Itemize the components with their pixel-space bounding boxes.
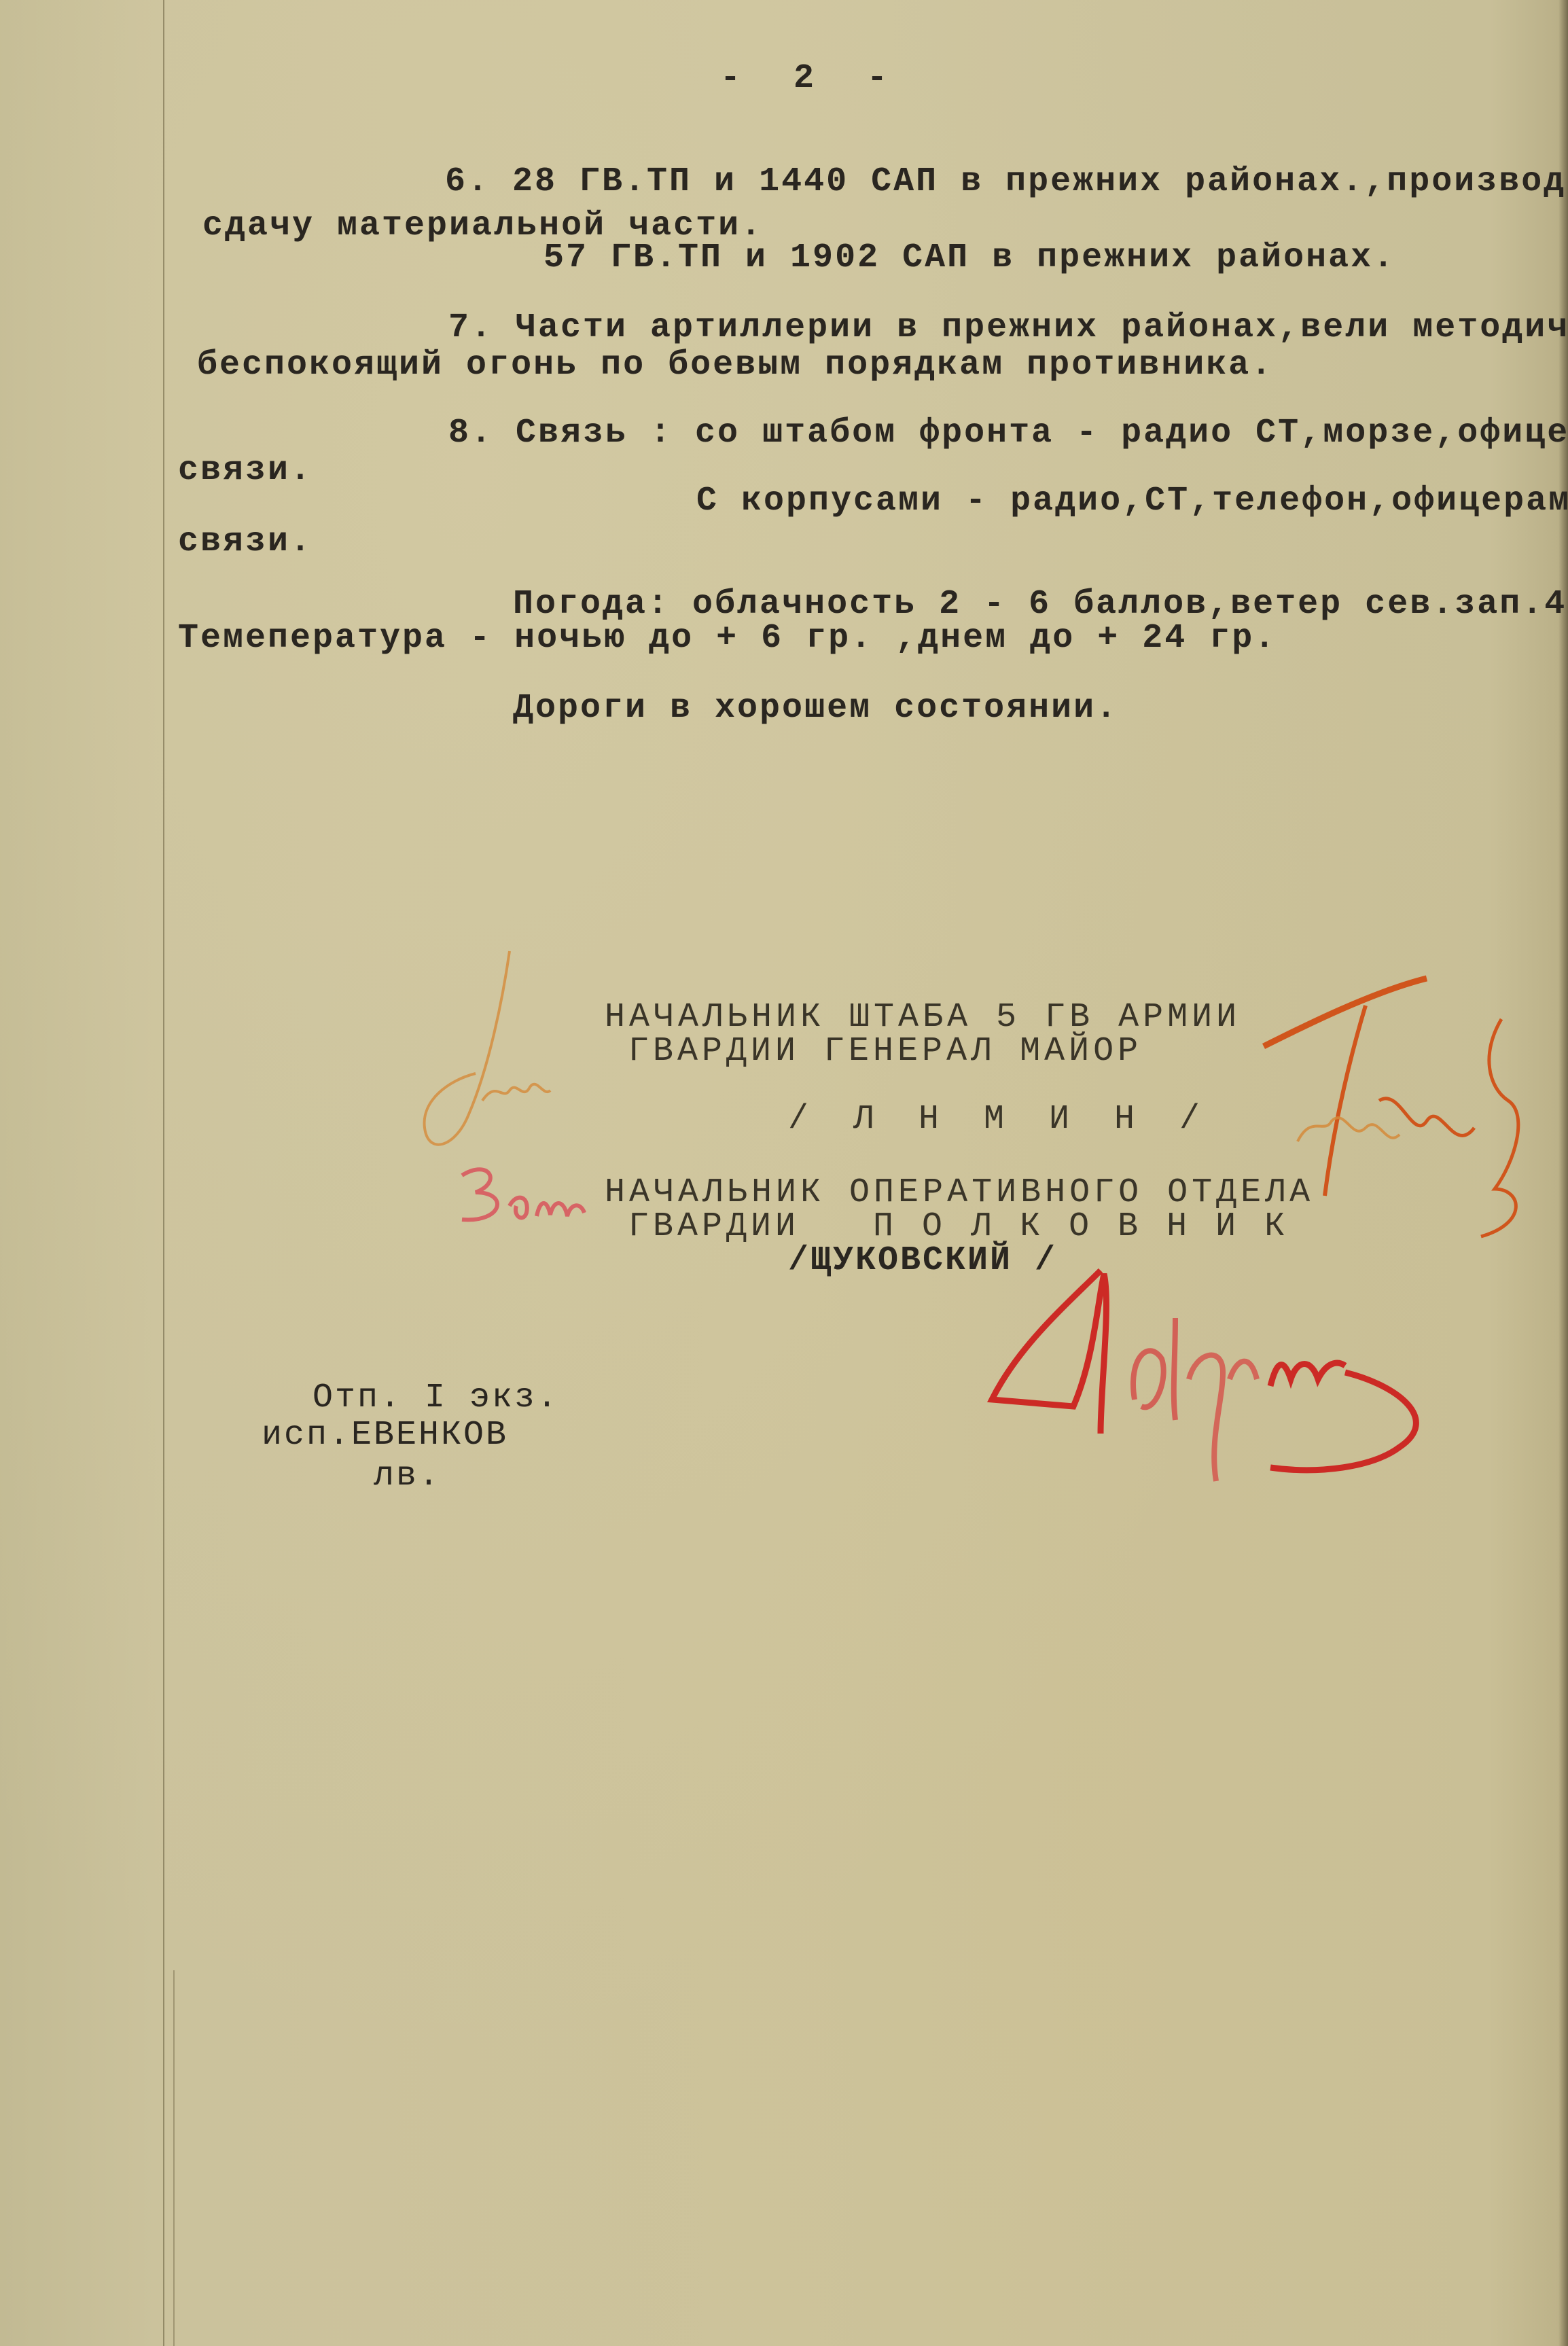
executor-note: исп.ЕВЕНКОВ bbox=[262, 1417, 508, 1455]
operations-chief-title: НАЧАЛЬНИК ОПЕРАТИВНОГО ОТДЕЛА bbox=[605, 1174, 1314, 1212]
chief-of-staff-rank: ГВАРДИИ ГЕНЕРАЛ МАЙОР bbox=[628, 1033, 1142, 1071]
handwritten-signature-burlakov bbox=[1209, 965, 1549, 1270]
item7-line2: беспокоящий огонь по боевым порядкам про… bbox=[197, 346, 1273, 385]
item8-line4: связи. bbox=[178, 523, 313, 561]
typist-note: лв. bbox=[374, 1457, 441, 1495]
item6-line1: 6. 28 ГВ.ТП и 1440 САП в прежних районах… bbox=[445, 163, 1566, 201]
page-number: - 2 - bbox=[720, 60, 904, 98]
weather-line1: Погода: облачность 2 - 6 баллов,ветер се… bbox=[513, 586, 1567, 624]
operations-chief-rank: ГВАРДИИ П О Л К О В Н И К bbox=[628, 1208, 1289, 1246]
item8-line1: 8. Связь : со штабом фронта - радио СТ,м… bbox=[448, 414, 1568, 452]
weather-line3: Дороги в хорошем состоянии. bbox=[513, 690, 1118, 728]
handwritten-zam-pink bbox=[448, 1155, 618, 1237]
chief-of-staff-title: НАЧАЛЬНИК ШТАБА 5 ГВ АРМИИ bbox=[605, 999, 1241, 1037]
page-fold-line-lower bbox=[173, 1970, 175, 2346]
item8-line2: связи. bbox=[178, 452, 313, 490]
page-right-edge-shadow bbox=[1558, 0, 1568, 2346]
item7-line1: 7. Части артиллерии в прежних районах,ве… bbox=[448, 309, 1568, 347]
page-fold-line bbox=[163, 0, 164, 2346]
item8-line3: С корпусами - радио,СТ,телефон,офицерам bbox=[696, 482, 1568, 520]
handwritten-zam-orange bbox=[408, 944, 611, 1182]
item6-line3: 57 ГВ.ТП и 1902 САП в прежних районах. bbox=[544, 239, 1395, 277]
chief-of-staff-name: / Л Н М И Н / bbox=[788, 1101, 1212, 1139]
copies-note: Отп. I экз. bbox=[313, 1379, 559, 1417]
weather-line2: Темепература - ночью до + 6 гр. ,днем до… bbox=[178, 620, 1277, 658]
handwritten-signature-lavren bbox=[965, 1264, 1440, 1468]
